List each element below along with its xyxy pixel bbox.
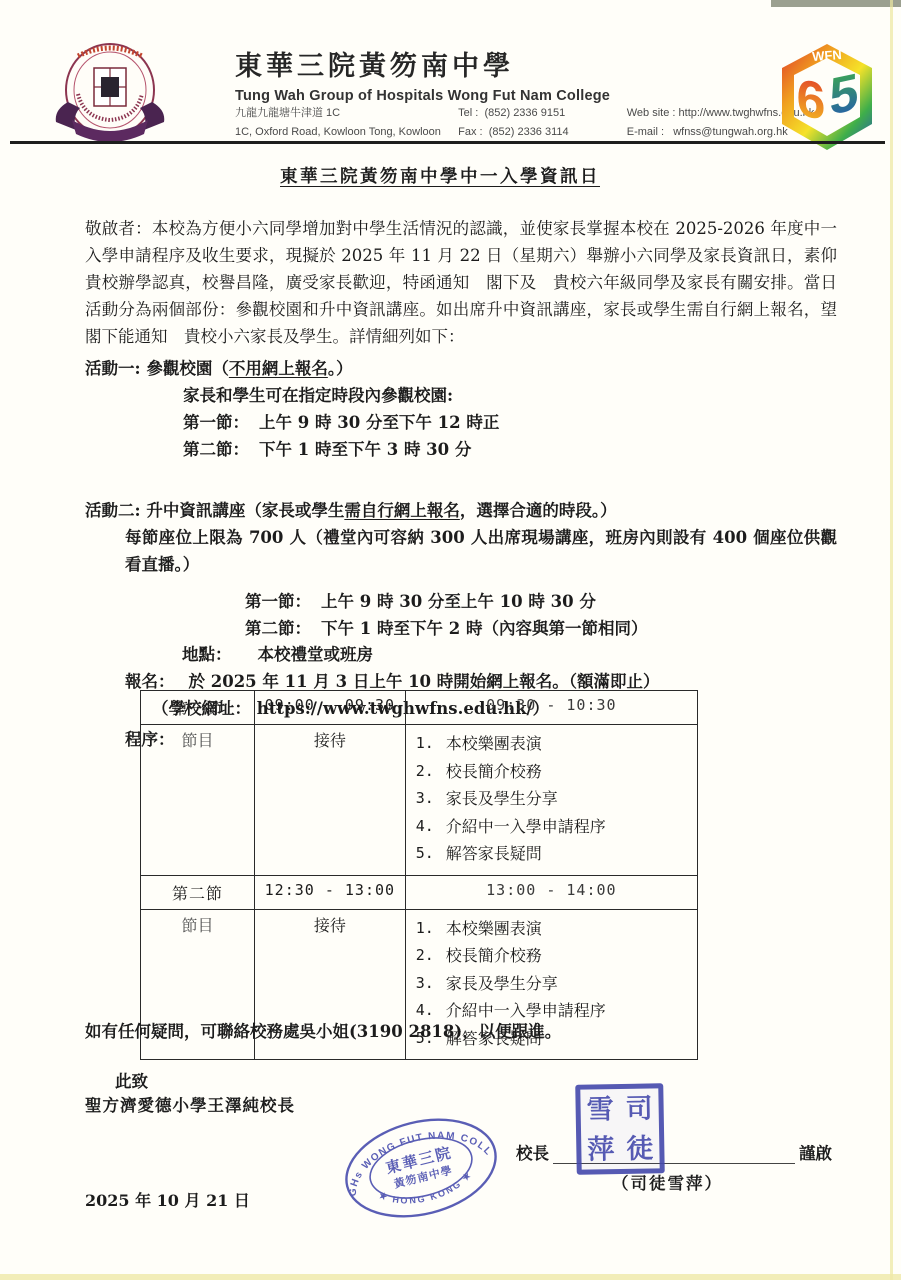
venue-line: 地點：本校禮堂或班房 (125, 642, 837, 669)
table-row-session1-programme: 節目 接待 1.本校樂團表演 2.校長簡介校務 3.家長及學生分享 4.介紹中一… (141, 725, 698, 876)
enquiry-note: 如有任何疑問，可聯絡校務處吳小姐(3190 2818)，以便跟進。 (85, 1018, 561, 1042)
session1-main-time-cell: 09:30 - 10:30 (405, 691, 697, 725)
activity-2-session-1: 第一節：上午 9 時 30 分至上午 10 時 30 分 (125, 589, 837, 616)
no-online-registration-underline: 不用網上報名 (229, 359, 328, 378)
programme-item: 2.校長簡介校務 (416, 942, 691, 970)
schedule-table: 第一節 09:00 - 09:30 09:30 - 10:30 節目 接待 1.… (140, 690, 698, 1060)
signature-block: 校長 謹啟 （司徒雪萍） (516, 1140, 846, 1194)
anniversary-65-logo-icon: WFN 6 5 (777, 42, 877, 154)
session2-reception-time-cell: 12:30 - 13:00 (254, 875, 405, 909)
recipient-line: 聖方濟愛德小學王澤純校長 (85, 1092, 295, 1116)
activity-1-heading: 活動一: 參觀校園（不用網上報名。） (85, 356, 837, 383)
session1-label-cell: 第一節 (141, 691, 255, 725)
respectfully-label: 謹啟 (799, 1140, 832, 1164)
programme-item: 4.介紹中一入學申請程序 (416, 813, 691, 841)
school-crest-icon (38, 42, 198, 150)
school-oval-stamp-icon: TWGHs WONG FUT NAM COLLEGE ★ HONG KONG ★… (328, 1099, 513, 1236)
programme-item: 3.家長及學生分享 (416, 970, 691, 998)
svg-text:WFN: WFN (812, 47, 843, 64)
activity-1-session-2: 第二節：下午 1 時至下午 3 時 30 分 (85, 437, 837, 464)
svg-text:5: 5 (830, 62, 859, 126)
activity-1-session-1: 第一節：上午 9 時 30 分至下午 12 時正 (85, 410, 837, 437)
address-zh: 九龍九龍塘牛津道 1C (235, 104, 458, 123)
programme-item: 2.校長簡介校務 (416, 758, 691, 786)
letterhead: 東華三院黃笏南中學 Tung Wah Group of Hospitals Wo… (38, 42, 881, 142)
tel-line: Tel : (852) 2336 9151 (458, 104, 627, 123)
letter-body: 敬啟者：本校為方便小六同學增加對中學生活情況的認識，並使家長掌握本校在 2025… (85, 216, 837, 754)
fax-line: Fax : (852) 2336 3114 (458, 123, 627, 142)
session2-label-cell: 第二節 (141, 875, 255, 909)
activity-1-note: 家長和學生可在指定時段內參觀校園: (85, 383, 837, 410)
principal-label: 校長 (516, 1140, 549, 1164)
programme-item: 3.家長及學生分享 (416, 785, 691, 813)
seal-char: 司 (619, 1088, 659, 1129)
programme-items-cell: 1.本校樂團表演 2.校長簡介校務 3.家長及學生分享 4.介紹中一入學申請程序… (405, 725, 697, 876)
scan-artifact (0, 1274, 901, 1280)
seal-char: 萍 (581, 1129, 621, 1170)
activity-2-capacity: 每節座位上限為 700 人（禮堂內可容納 300 人出席現場講座，班房內則設有 … (125, 525, 837, 579)
school-name-en: Tung Wah Group of Hospitals Wong Fut Nam… (235, 88, 715, 104)
opening-paragraph: 敬啟者：本校為方便小六同學增加對中學生活情況的認識，並使家長掌握本校在 2025… (85, 216, 837, 350)
principal-name-seal-icon: 雪 司 萍 徒 (575, 1083, 665, 1175)
seal-char: 徒 (620, 1128, 660, 1169)
header-divider (10, 141, 885, 144)
school-name-zh: 東華三院黃笏南中學 (235, 44, 715, 83)
letter-date: 2025 年 10 月 21 日 (85, 1188, 250, 1211)
programme-item: 1.本校樂團表演 (416, 915, 691, 943)
address-en: 1C, Oxford Road, Kowloon Tong, Kowloon (235, 123, 458, 142)
online-registration-required-underline: 需自行網上報名 (344, 501, 460, 520)
scan-artifact (771, 0, 901, 7)
activity-2-session-2: 第二節：下午 1 時至下午 2 時（內容與第一節相同） (125, 616, 837, 643)
programme-item: 5.解答家長疑問 (416, 840, 691, 868)
session1-reception-time-cell: 09:00 - 09:30 (254, 691, 405, 725)
table-row-session1-times: 第一節 09:00 - 09:30 09:30 - 10:30 (141, 691, 698, 725)
table-row-session2-times: 第二節 12:30 - 13:00 13:00 - 14:00 (141, 875, 698, 909)
scan-artifact (890, 0, 893, 1280)
activity-2-heading: 活動二: 升中資訊講座（家長或學生需自行網上報名，選擇合適的時段。） (85, 498, 837, 525)
letter-title: 東華三院黃笏南中學中一入學資訊日 (280, 167, 600, 187)
svg-text:6: 6 (797, 68, 826, 132)
principal-name: （司徒雪萍） (612, 1170, 846, 1194)
reception-cell: 接待 (254, 725, 405, 876)
letter-page: 東華三院黃笏南中學 Tung Wah Group of Hospitals Wo… (0, 0, 901, 1280)
programme-label-cell: 節目 (141, 725, 255, 876)
seal-char: 雪 (580, 1089, 620, 1130)
session2-main-time-cell: 13:00 - 14:00 (405, 875, 697, 909)
programme-item: 1.本校樂團表演 (416, 730, 691, 758)
contact-block: 九龍九龍塘牛津道 1C 1C, Oxford Road, Kowloon Ton… (235, 104, 835, 143)
closing-phrase: 此致 (115, 1068, 148, 1092)
